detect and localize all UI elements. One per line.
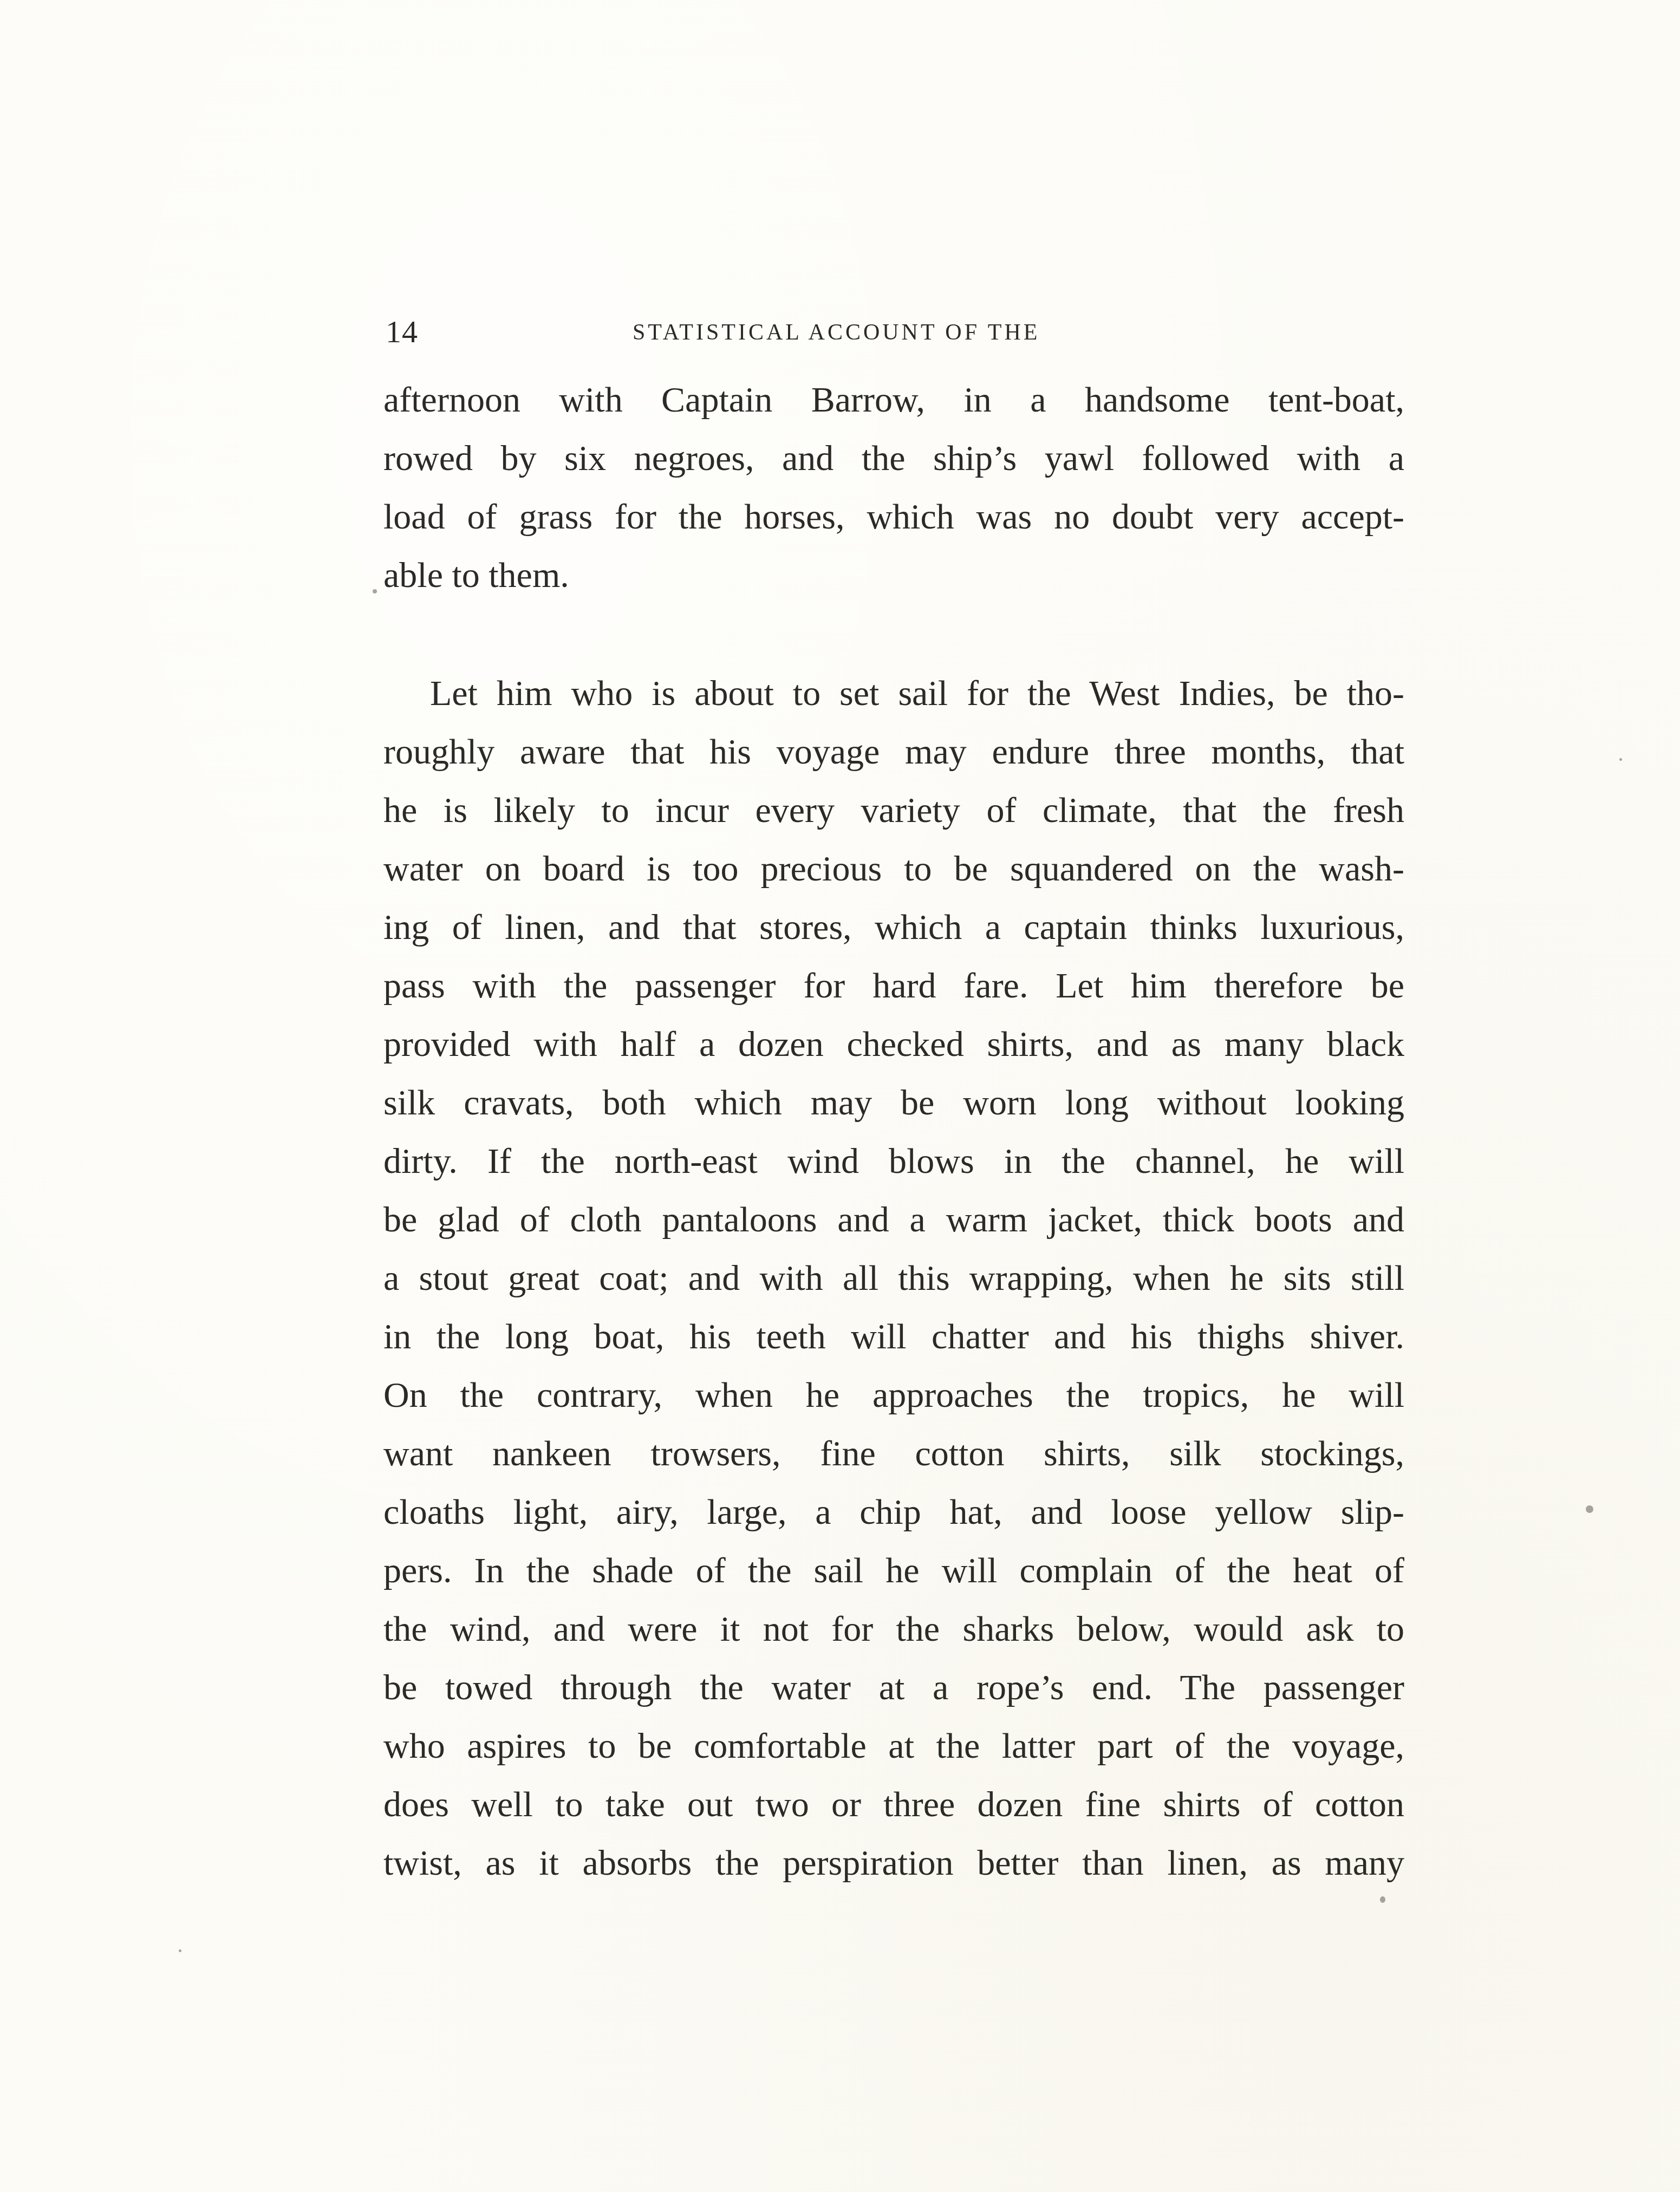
text-line: be glad of cloth pantaloons and a warm j… [383, 1191, 1404, 1249]
paper-speck [1380, 1896, 1385, 1903]
text-line: pass with the passenger for hard fare. L… [383, 957, 1404, 1015]
paper-speck [1586, 1505, 1593, 1513]
text-line: provided with half a dozen checked shirt… [383, 1015, 1404, 1074]
text-line: pers. In the shade of the sail he will c… [383, 1542, 1404, 1600]
text-line: able to them. [383, 546, 1404, 605]
text-line: want nankeen trowsers, fine cotton shirt… [383, 1425, 1404, 1483]
paragraph-west-indies: Let him who is about to set sail for the… [383, 664, 1404, 1893]
text-line: a stout great coat; and with all this wr… [383, 1249, 1404, 1308]
text-line: twist, as it absorbs the perspiration be… [383, 1834, 1404, 1893]
paper-speck [1619, 758, 1622, 761]
text-line: who aspires to be comfortable at the lat… [383, 1717, 1404, 1776]
text-line: does well to take out two or three dozen… [383, 1776, 1404, 1834]
text-line: Let him who is about to set sail for the… [383, 664, 1404, 723]
text-line: On the contrary, when he approaches the … [383, 1366, 1404, 1425]
text-line: water on board is too precious to be squ… [383, 840, 1404, 898]
paper-speck [373, 589, 377, 593]
text-line: rowed by six negroes, and the ship’s yaw… [383, 429, 1404, 488]
page-header: 14 STATISTICAL ACCOUNT OF THE [386, 313, 1404, 351]
text-line: silk cravats, both which may be worn lon… [383, 1074, 1404, 1132]
text-line: cloaths light, airy, large, a chip hat, … [383, 1483, 1404, 1542]
paper-speck [179, 1949, 181, 1952]
body-text: afternoon with Captain Barrow, in a hand… [383, 371, 1404, 1893]
text-line: be towed through the water at a rope’s e… [383, 1659, 1404, 1717]
text-line: the wind, and were it not for the sharks… [383, 1600, 1404, 1659]
text-line: ing of linen, and that stores, which a c… [383, 898, 1404, 957]
text-line: roughly aware that his voyage may endure… [383, 723, 1404, 781]
text-line: afternoon with Captain Barrow, in a hand… [383, 371, 1404, 429]
paragraph-continued: afternoon with Captain Barrow, in a hand… [383, 371, 1404, 605]
page-number: 14 [386, 313, 418, 351]
text-line: in the long boat, his teeth will chatter… [383, 1308, 1404, 1366]
text-line: he is likely to incur every variety of c… [383, 781, 1404, 840]
running-head: STATISTICAL ACCOUNT OF THE [633, 316, 1040, 349]
text-line: dirty. If the north-east wind blows in t… [383, 1132, 1404, 1191]
paragraph-gap [383, 605, 1404, 664]
text-line: load of grass for the horses, which was … [383, 488, 1404, 546]
